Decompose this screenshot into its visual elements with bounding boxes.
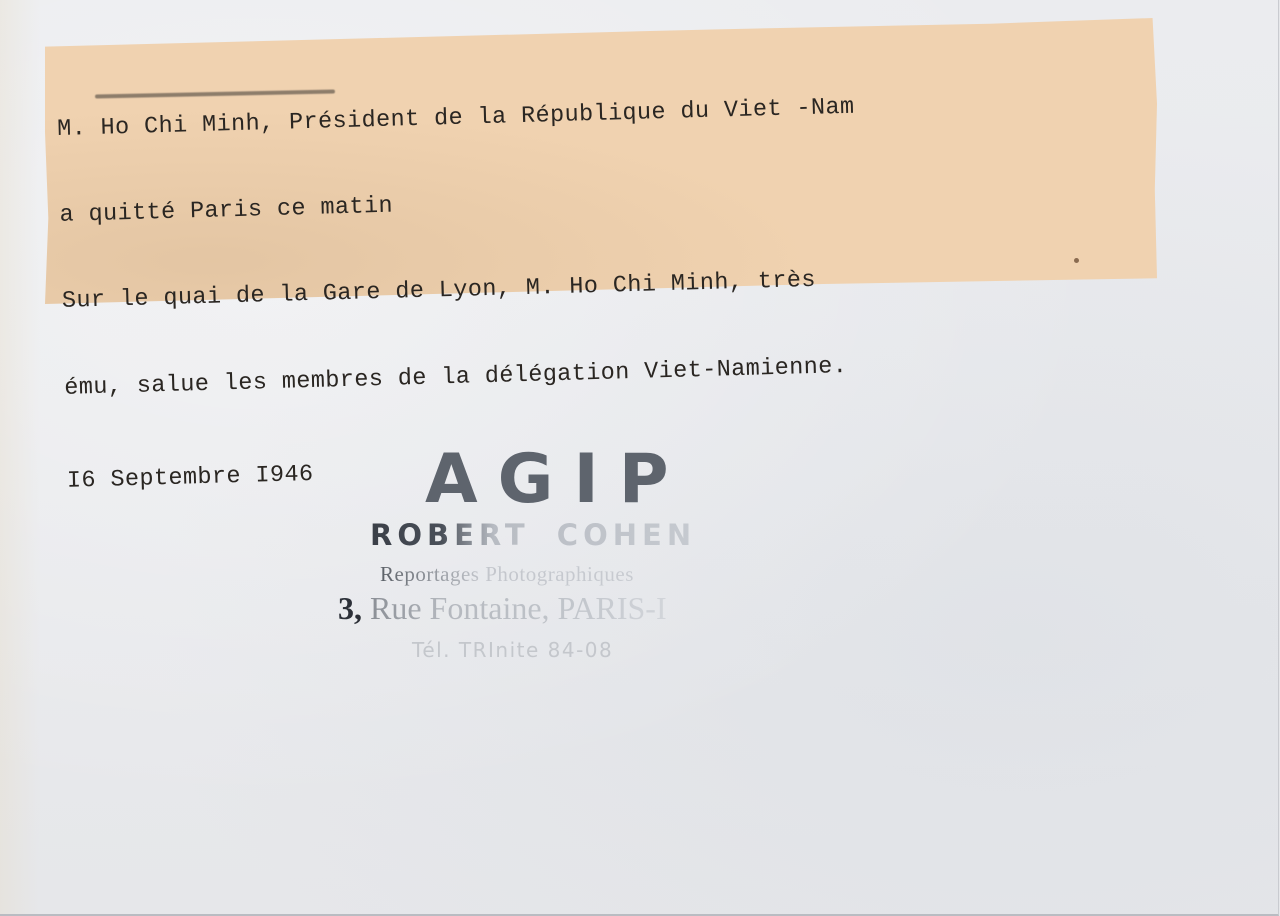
stamp-photographer-name: ROBERT COHEN — [370, 518, 696, 552]
caption-line-greeting: ému, salue les membres de la délégation … — [64, 351, 862, 404]
stamp-address-street: Rue Fontaine, PARIS-I — [370, 590, 667, 626]
caption-line-departure: a quitté Paris ce matin — [59, 178, 857, 231]
stamp-service: Reportages Photographiques — [380, 562, 634, 587]
caption-line-title: M. Ho Chi Minh, Président de la Républiq… — [57, 92, 855, 145]
stamp-address: 3, Rue Fontaine, PARIS-I — [338, 590, 667, 627]
photo-card-back: M. Ho Chi Minh, Président de la Républiq… — [0, 0, 1279, 916]
stamp-agency-name: AGIP — [425, 440, 689, 519]
stamp-address-number: 3, — [338, 590, 362, 626]
stamp-phone: Tél. TRInite 84-08 — [412, 638, 613, 662]
agency-stamp: AGIP ROBERT COHEN Reportages Photographi… — [330, 440, 810, 670]
paper-speck — [1074, 258, 1079, 263]
caption-line-platform: Sur le quai de la Gare de Lyon, M. Ho Ch… — [62, 264, 860, 317]
